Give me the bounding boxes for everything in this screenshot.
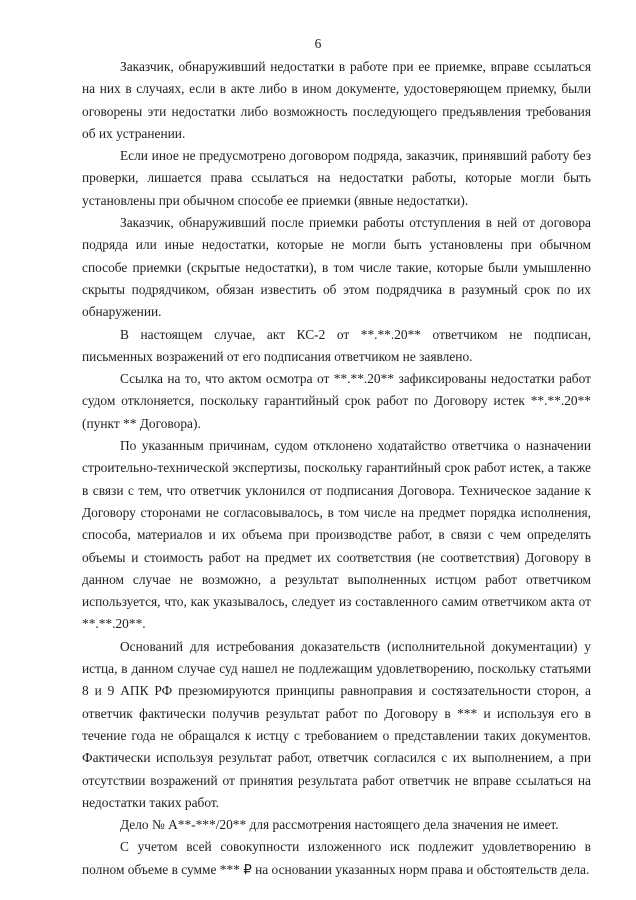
paragraph-defects-on-acceptance: Заказчик, обнаруживший недостатки в рабо… (82, 56, 591, 145)
paragraph-hidden-defects: Заказчик, обнаруживший после приемки раб… (82, 212, 591, 323)
paragraph-case-number: Дело № А**-***/20** для рассмотрения нас… (82, 814, 591, 836)
paragraph-conclusion: С учетом всей совокупности изложенного и… (82, 836, 591, 881)
page-number: 6 (0, 36, 636, 52)
document-body: Заказчик, обнаруживший недостатки в рабо… (82, 56, 591, 881)
paragraph-acceptance-without-inspection: Если иное не предусмотрено договором под… (82, 145, 591, 212)
paragraph-inspection-act: Ссылка на то, что актом осмотра от **.**… (82, 368, 591, 435)
paragraph-expertise-denied: По указанным причинам, судом отклонено х… (82, 435, 591, 636)
document-page: 6 Заказчик, обнаруживший недостатки в ра… (0, 0, 636, 900)
paragraph-ks2-act: В настоящем случае, акт КС-2 от **.**.20… (82, 324, 591, 369)
paragraph-evidence-request: Оснований для истребования доказательств… (82, 636, 591, 814)
